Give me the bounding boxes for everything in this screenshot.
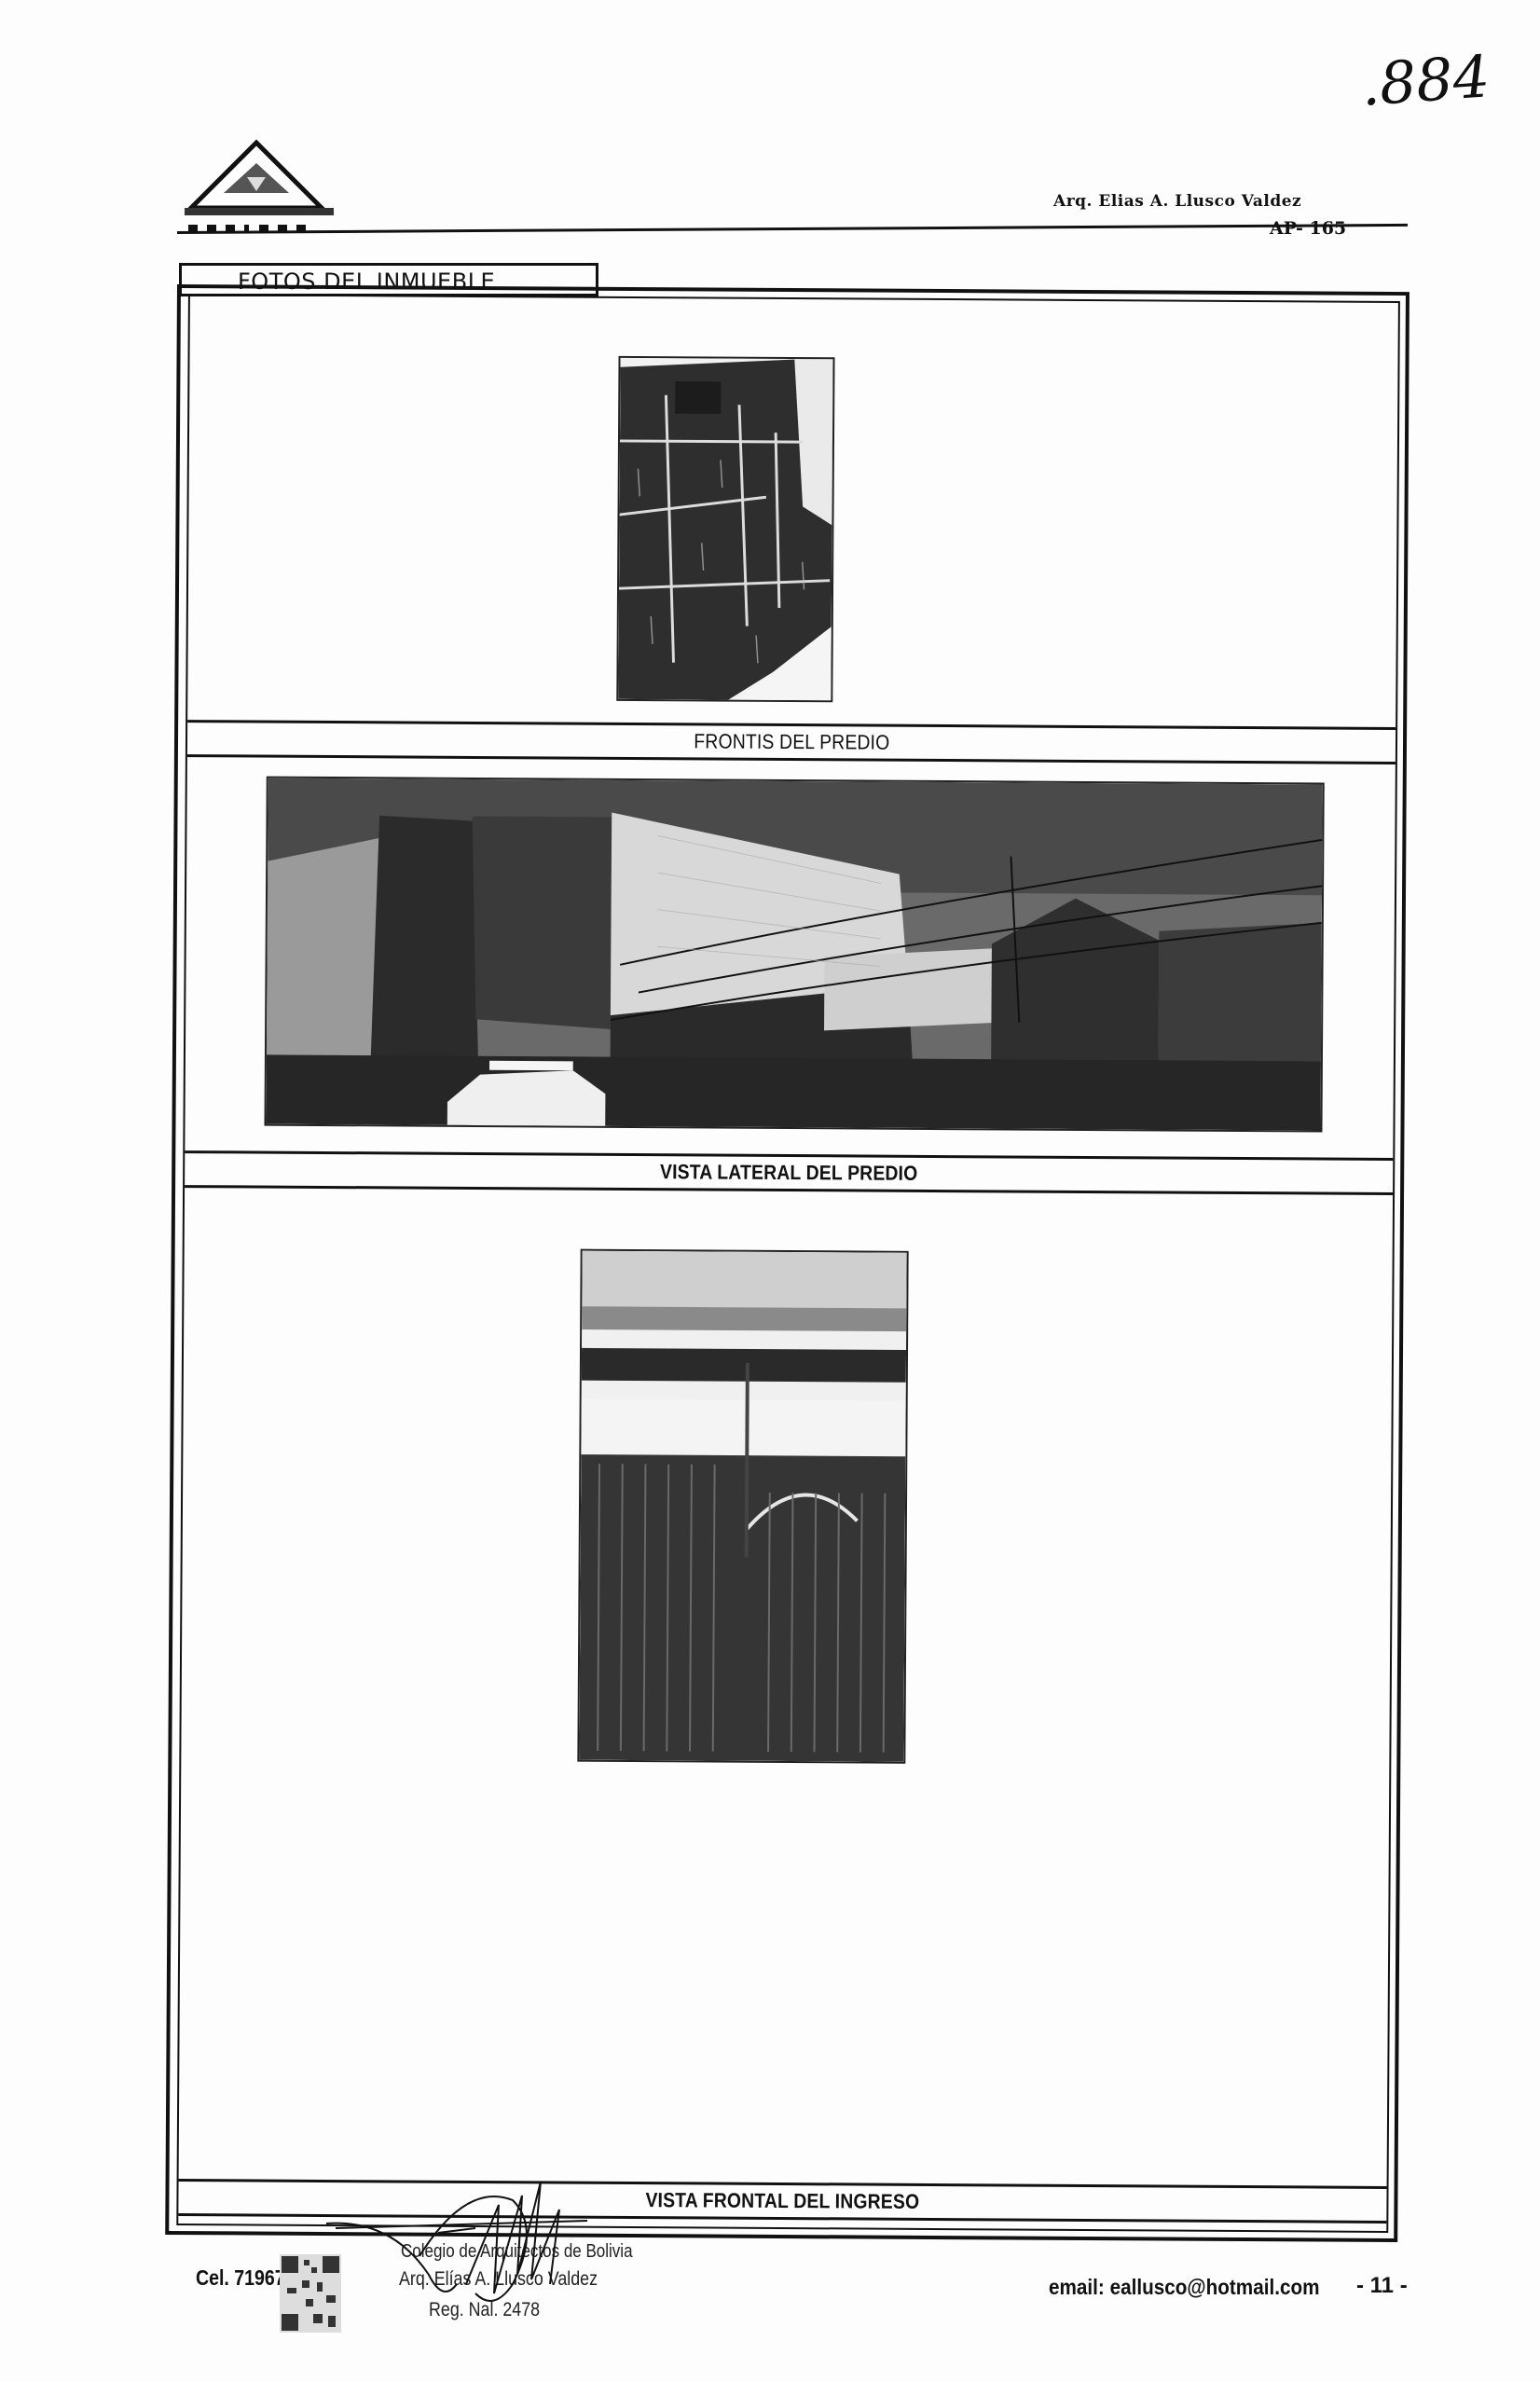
architect-name: Arq. Elias A. Llusco Valdez xyxy=(1053,192,1301,211)
photo-frame-inner: FRONTIS DEL PREDIO xyxy=(176,294,1400,2233)
header-divider xyxy=(177,224,1408,234)
building-facade-photo-icon xyxy=(618,358,832,700)
entrance-gate-photo-icon xyxy=(579,1251,906,1762)
document-page: .884 Arq. Elias A. Llusco Valdez AP- 165 xyxy=(0,0,1540,2382)
architect-registration: AP- 165 xyxy=(1270,218,1346,239)
caption-band-vista-lateral: VISTA LATERAL DEL PREDIO xyxy=(185,1150,1393,1195)
caption-frontis: FRONTIS DEL PREDIO xyxy=(694,729,889,754)
building-side-photo-icon xyxy=(267,778,1323,1131)
caption-band-vista-frontal: VISTA FRONTAL DEL INGRESO xyxy=(178,2179,1386,2224)
qr-code-icon xyxy=(280,2254,341,2333)
photo-vista-frontal-ingreso xyxy=(577,1249,908,1764)
stamp-institution: Colegio de Arquitectos de Bolivia xyxy=(401,2241,633,2263)
stamp-registration: Reg. Nal. 2478 xyxy=(429,2299,540,2321)
caption-band-frontis: FRONTIS DEL PREDIO xyxy=(187,720,1396,764)
handwritten-folio-number: .884 xyxy=(1359,42,1492,118)
firm-logo-icon xyxy=(177,135,336,238)
photo-frontis xyxy=(616,356,834,702)
page-number: - 11 - xyxy=(1356,2273,1408,2299)
caption-vista-frontal-ingreso: VISTA FRONTAL DEL INGRESO xyxy=(645,2188,919,2214)
stamp-architect-name: Arq. Elías A. Llusco Valdez xyxy=(399,2268,598,2291)
section-title-box: FOTOS DEL INMUEBLE xyxy=(179,263,598,296)
footer-email: email: eallusco@hotmail.com xyxy=(1049,2275,1320,2300)
section-title: FOTOS DEL INMUEBLE xyxy=(238,268,495,295)
photo-vista-lateral xyxy=(264,777,1324,1133)
caption-vista-lateral: VISTA LATERAL DEL PREDIO xyxy=(660,1160,918,1186)
photo-frame: FRONTIS DEL PREDIO xyxy=(165,284,1409,2242)
